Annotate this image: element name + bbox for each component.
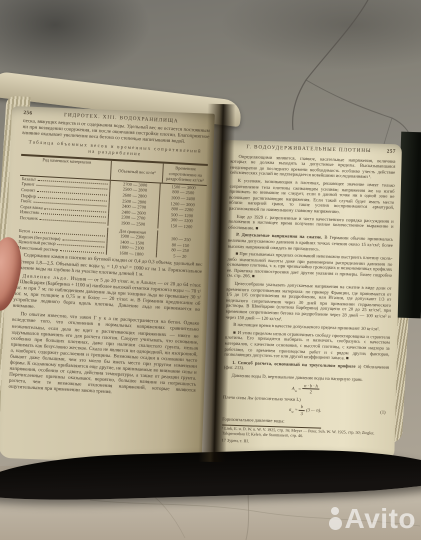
avito-wordmark: Avito: [345, 505, 416, 533]
paragraph: Целесообразно указывать допускаемые напр…: [225, 281, 391, 325]
dotted-leader: [40, 219, 106, 224]
col-header-strength: Временное сопротивление на раздробление …: [162, 164, 208, 185]
right-page-number: 257: [387, 150, 396, 156]
formula-tail: (3 — n).: [306, 408, 321, 413]
paragraph: ■ При указываемых пределах оснований нев…: [227, 251, 393, 284]
material-name: Песчаник: [20, 215, 38, 222]
col-header-weight: Объемный вес кг/м³: [110, 161, 163, 183]
equation-number: (1): [380, 410, 386, 416]
ice-pressure-text: Италия — от 5 до 20 т/пог. м, в Альпах —…: [13, 276, 202, 312]
paragraph: К усилиям, возникающим в плотинах, решаю…: [229, 178, 395, 217]
dotted-leader: [60, 250, 104, 253]
avito-dot-large: [329, 517, 342, 530]
left-page: 256 ГИДРОТЕХ. XIII. ВОДОХРАНИЛИЩА песка,…: [0, 106, 215, 466]
paragraph: Определяющими являются, главное, касател…: [230, 153, 396, 181]
right-page-content: Г. ВОДОУДЕРЖИВАТЕЛЬНЫЕ ПЛОТИНЫ 257 Опред…: [221, 145, 396, 457]
avito-watermark: Avito: [329, 505, 416, 533]
fraction: n · b · h2: [302, 383, 320, 396]
strength-value: 5 — 20: [156, 252, 203, 260]
paragraph: ■ И этим пределом нельзя ограничивать св…: [224, 329, 390, 362]
left-page-number: 256: [23, 110, 32, 117]
equals-sign: =: [295, 407, 298, 412]
material-name: Известковый раствор: [18, 245, 58, 253]
avito-dot-small: [331, 507, 339, 515]
book-photo: 256 ГИДРОТЕХ. XIII. ВОДОХРАНИЛИЩА песка,…: [0, 0, 421, 540]
fraction-denominator: 3: [298, 411, 304, 417]
right-page: Г. ВОДОУДЕРЖИВАТЕЛЬНЫЕ ПЛОТИНЫ 257 Опред…: [213, 140, 402, 460]
avito-logo-icon: [329, 507, 342, 530]
materials-table: Род каменных материалов Объемный вес кг/…: [16, 154, 208, 260]
equals-sign: =: [298, 386, 301, 391]
left-page-content: 256 ГИДРОТЕХ. XIII. ВОДОХРАНИЛИЩА песка,…: [5, 110, 210, 463]
formula-lhs-sub: w: [295, 388, 298, 392]
fraction: b3: [298, 404, 305, 416]
paragraph: По опытам известно, что закон Г у к а не…: [8, 312, 199, 401]
formula-lhs-sub: w: [291, 410, 294, 414]
fraction-denominator: 2: [302, 389, 320, 395]
strength-value: 150 — 1200: [157, 222, 204, 230]
